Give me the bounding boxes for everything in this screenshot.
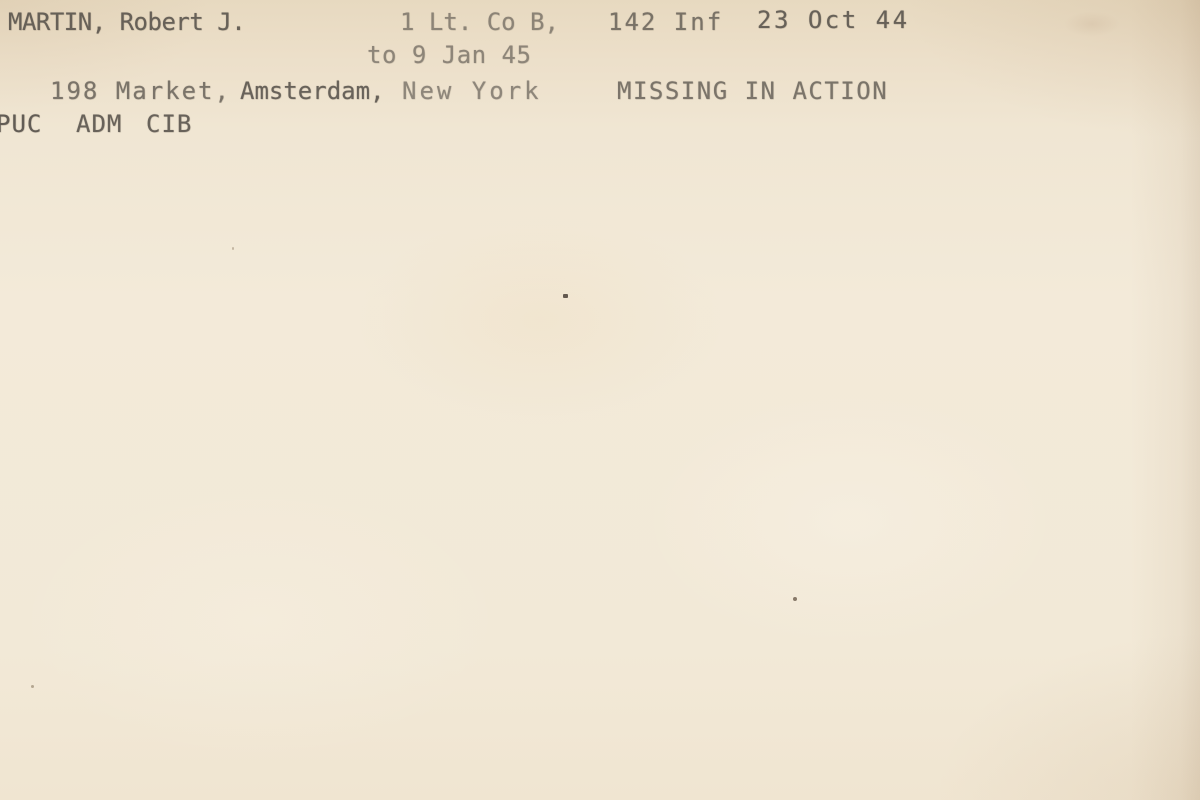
paper-speck [31,685,34,688]
soldier-name: MARTIN, Robert J. [8,10,245,34]
status-missing-in-action: MISSING IN ACTION [617,79,888,103]
paper-speck [563,294,568,298]
casualty-date: 23 Oct 44 [757,8,910,32]
paper-speck [232,247,234,250]
paper-speck [793,597,797,601]
index-card: MARTIN, Robert J. 1 Lt. Co B, 142 Inf 23… [0,0,1200,800]
award-cib: CIB [146,112,192,136]
regiment: 142 Inf [608,10,723,34]
award-adm: ADM [76,112,122,136]
award-puc: PUC [0,112,42,136]
rank-and-company: 1 Lt. Co B, [400,10,559,34]
address-city: Amsterdam, [240,79,385,103]
address-street: 198 Market, [50,79,231,103]
date-continuation: to 9 Jan 45 [367,43,531,67]
address-state: New York [402,79,542,103]
